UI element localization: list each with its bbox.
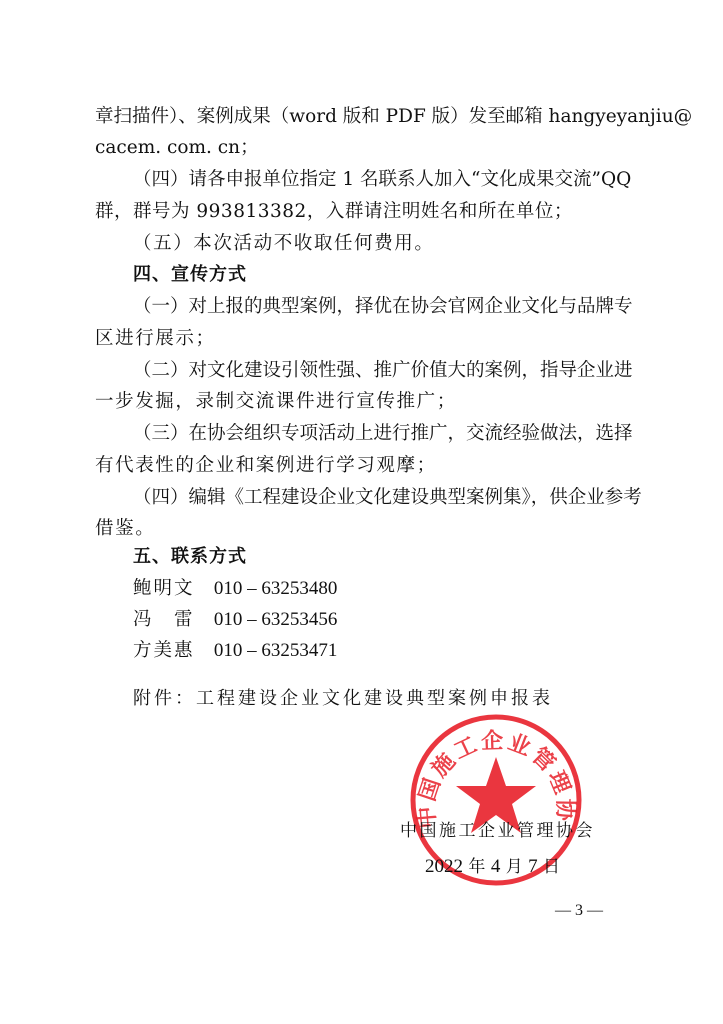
list-item-line: 有代表性的企业和案例进行学习观摩；	[95, 455, 613, 477]
list-item-line: （一）对上报的典型案例，择优在协会官网企业文化与品牌专	[133, 296, 613, 318]
paragraph-line: 群，群号为 993813382，入群请注明姓名和所在单位；	[95, 201, 613, 223]
paragraph-line: （四）请各申报单位指定 1 名联系人加入“文化成果交流”QQ	[133, 169, 613, 191]
list-item-line: 区进行展示；	[95, 328, 613, 350]
contact-row: 方美惠 010 – 63253471	[133, 640, 337, 662]
contact-name: 冯 雷	[133, 609, 208, 631]
contact-phone: 010 – 63253471	[214, 640, 338, 661]
list-item-line: 借鉴。	[95, 518, 613, 540]
page-number: — 3 —	[555, 902, 603, 920]
list-item-line: （三）在协会组织专项活动上进行推广，交流经验做法，选择	[133, 423, 613, 445]
contact-name: 鲍明文	[133, 578, 208, 600]
section-heading-publicity: 四、宣传方式	[133, 264, 651, 286]
contact-row: 冯 雷 010 – 63253456	[133, 609, 337, 631]
contact-row: 鲍明文 010 – 63253480	[133, 578, 337, 600]
contact-phone: 010 – 63253480	[214, 578, 338, 599]
document-page: 章扫描件）、案例成果（word 版和 PDF 版）发至邮箱 hangyeyanj…	[0, 0, 723, 1024]
contact-name: 方美惠	[133, 640, 208, 662]
signature-organization: 中国施工企业管理协会	[400, 816, 595, 841]
list-item-line: 一步发掘，录制交流课件进行宣传推广；	[95, 391, 613, 413]
section-heading-contact: 五、联系方式	[133, 546, 651, 568]
paragraph-line: cacem. com. cn；	[95, 137, 613, 159]
contact-phone: 010 – 63253456	[214, 609, 338, 630]
paragraph-line: （五）本次活动不收取任何费用。	[133, 233, 613, 255]
list-item-line: （二）对文化建设引领性强、推广价值大的案例，指导企业进	[133, 360, 613, 382]
attachment-note: 附件：工程建设企业文化建设典型案例申报表	[133, 688, 553, 710]
signature-date: 2022 年 4 月 7 日	[425, 852, 560, 878]
list-item-line: （四）编辑《工程建设企业文化建设典型案例集》，供企业参考	[133, 487, 613, 509]
paragraph-line: 章扫描件）、案例成果（word 版和 PDF 版）发至邮箱 hangyeyanj…	[95, 106, 613, 128]
